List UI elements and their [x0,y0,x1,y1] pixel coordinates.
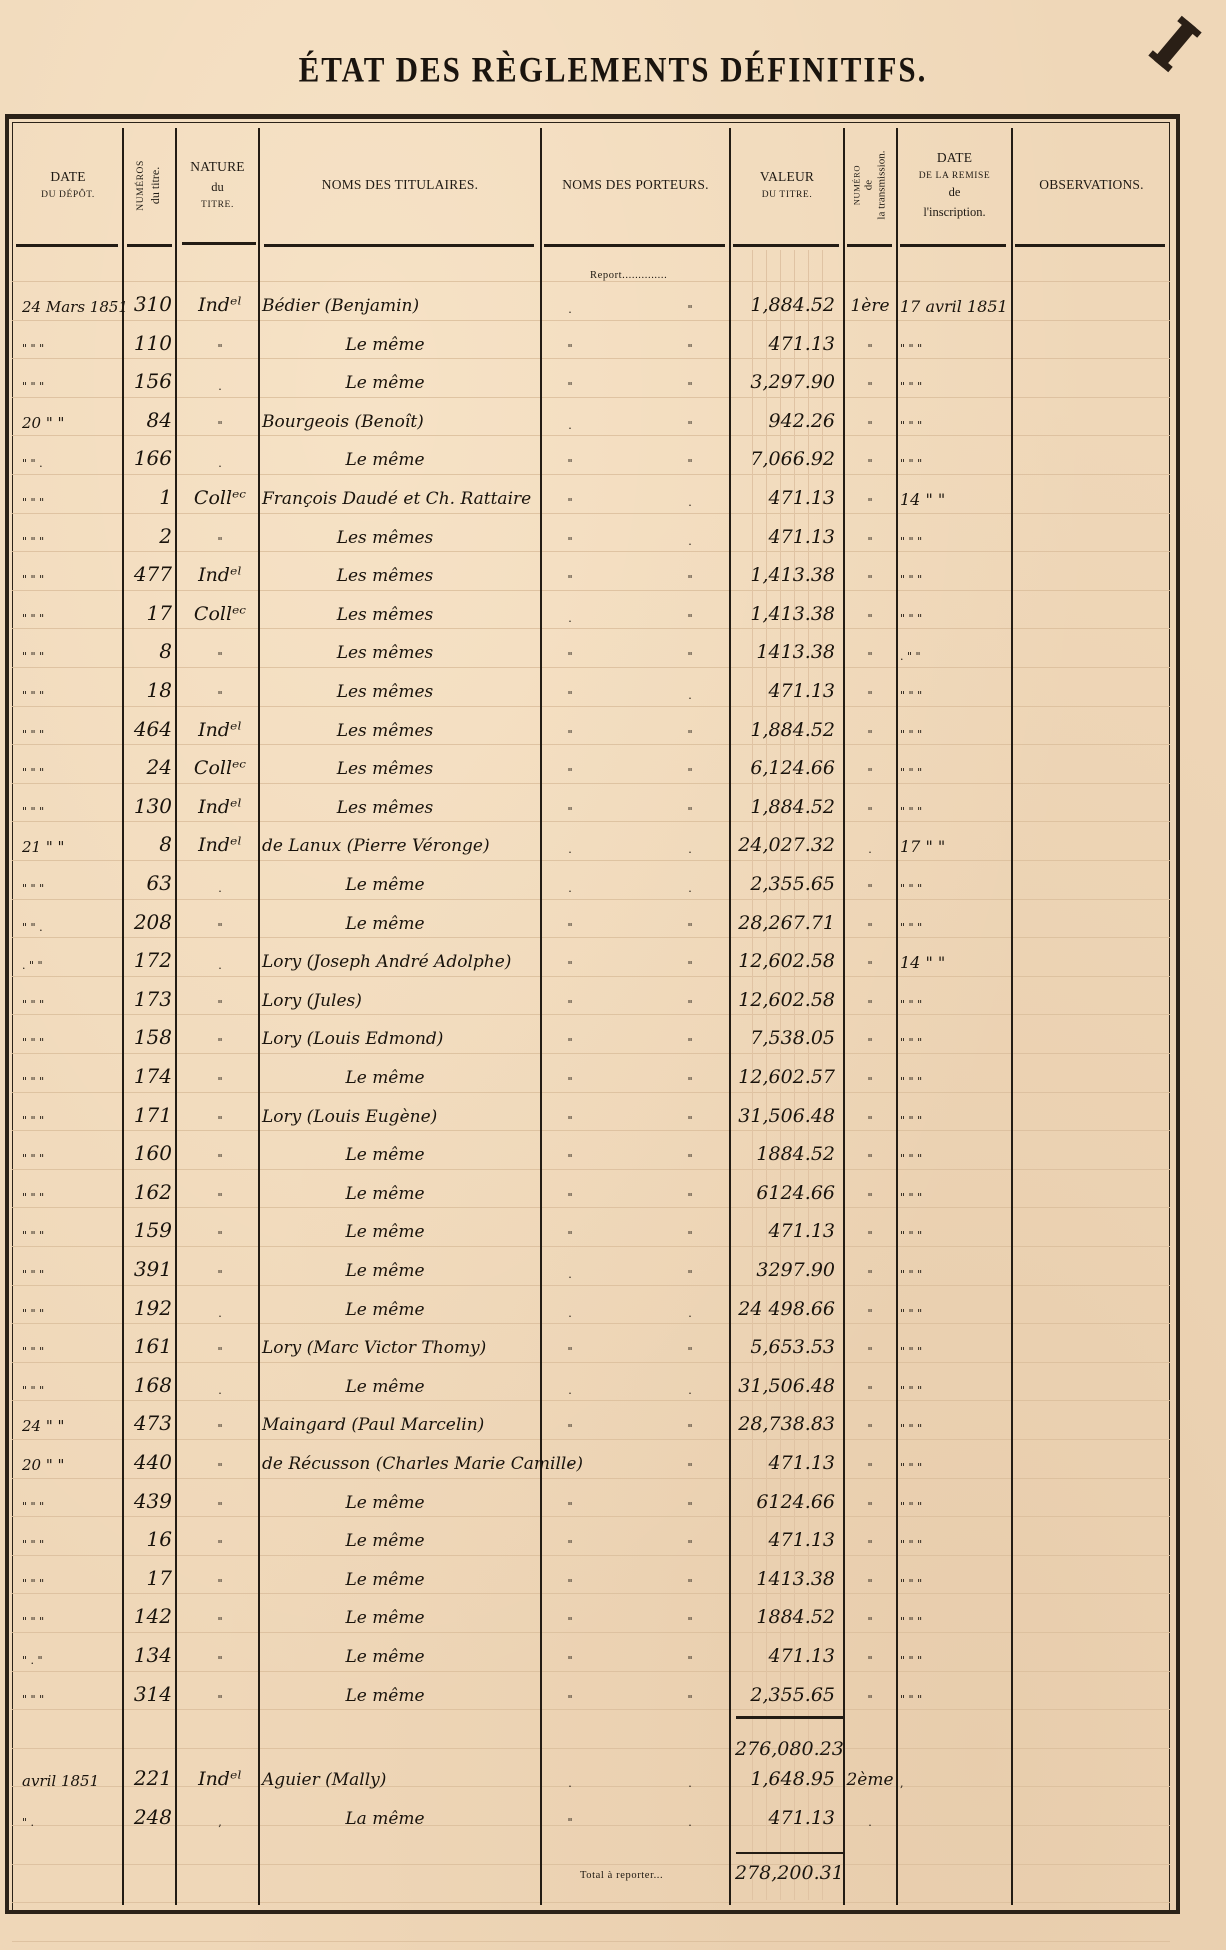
titulaire-cell: Lory (Joseph André Adolphe) [262,952,540,972]
table-row: " " "1CollᵉᶜFrançois Daudé et Ch. Rattai… [0,475,1226,513]
remise-cell: " " " [900,342,1008,355]
titulaire-cell: Le même [300,1531,470,1551]
valeur-cell: 3297.90 [735,1259,835,1281]
remise-cell: " " " [900,1345,1008,1358]
remise-cell: " " " [900,1461,1008,1474]
table-row: 20 " "84"Bourgeois (Benoît)."942.26"" " … [0,398,1226,436]
remise-cell: " " " [900,1615,1008,1628]
nature-cell: " [182,650,258,663]
transmission-cell: . [846,843,894,856]
date-cell: " " " [22,535,120,548]
remise-cell: " " " [900,573,1008,586]
nature-cell: " [182,342,258,355]
titulaire-cell: Le même [300,1300,470,1320]
transmission-cell: " [846,1384,894,1397]
remise-cell: " " " [900,1268,1008,1281]
date-cell: 20 " " [22,1456,120,1474]
date-cell: " . " [22,1654,120,1667]
titulaire-cell: Le même [300,1261,470,1281]
valeur-cell: 6124.66 [735,1491,835,1513]
date-cell: " " " [22,1229,120,1242]
porteur-cell: " [680,1500,700,1513]
porteur-cell: " [560,921,580,934]
nature-cell: Collᵉᶜ [182,757,258,779]
porteur-cell: " [560,535,580,548]
date-cell: " " " [22,1538,120,1551]
date-cell: " " " [22,573,120,586]
table-row: " " "477IndᵉˡLes mêmes""1,413.38"" " " [0,552,1226,590]
porteur-cell: " [680,380,700,393]
numero-cell: 310 [128,292,172,316]
header-text: NUMÉROS [136,160,148,211]
numero-cell: 17 [128,601,172,625]
nature-cell: . [182,1384,258,1397]
nature-cell: " [182,998,258,1011]
transmission-cell: " [846,419,894,432]
numero-cell: 161 [128,1334,172,1358]
remise-cell: " " " [900,766,1008,779]
titulaire-cell: Le même [300,1377,470,1397]
remise-cell: " " " [900,1036,1008,1049]
porteur-cell: " [680,1461,700,1474]
titulaire-cell: François Daudé et Ch. Rattaire [262,489,540,509]
nature-cell: " [182,1693,258,1706]
header-text: TITRE. [201,198,234,213]
nature-cell: . [182,1307,258,1320]
valeur-cell: 1,884.52 [735,294,835,316]
valeur-cell: 24 498.66 [735,1298,835,1320]
date-cell: 21 " " [22,838,120,856]
header-text: l'inscription. [923,203,985,222]
titulaire-cell: Les mêmes [300,682,470,702]
remise-cell: 14 " " [900,953,1008,972]
porteur-cell: " [680,1114,700,1127]
header-date-depot: DATE DU DÉPÔT. [14,128,122,242]
table-row: . " "172.Lory (Joseph André Adolphe)""12… [0,938,1226,976]
titulaire-cell: Lory (Marc Victor Thomy) [262,1338,540,1358]
porteur-cell: " [560,1500,580,1513]
nature-cell: Indᵉˡ [182,1768,258,1790]
header-text: du titre. [148,160,163,211]
numero-cell: 130 [128,794,172,818]
remise-cell: " " " [900,998,1008,1011]
transmission-cell: " [846,380,894,393]
remise-cell: 14 " " [900,490,1008,509]
porteur-cell: . [560,419,580,432]
porteur-cell: " [680,1693,700,1706]
porteur-cell: . [560,1307,580,1320]
remise-cell: " " " [900,419,1008,432]
date-cell: " " " [22,1615,120,1628]
transmission-cell: " [846,1577,894,1590]
remise-cell: " " " [900,1422,1008,1435]
valeur-cell: 2,355.65 [735,1684,835,1706]
transmission-cell: " [846,1615,894,1628]
date-cell: " " " [22,1577,120,1590]
header-text: NATURE [190,157,244,178]
porteur-cell: . [560,612,580,625]
date-cell: " " " [22,1500,120,1513]
porteur-cell: " [560,1036,580,1049]
titulaire-cell: Lory (Louis Eugène) [262,1107,540,1127]
valeur-cell: 471.13 [735,526,835,548]
transmission-cell: " [846,1693,894,1706]
header-rotated-wrap: NUMÉROS du titre. [136,160,163,211]
porteur-cell: " [680,1538,700,1551]
titulaire-cell: Le même [300,875,470,895]
header-text: NOMS DES PORTEURS. [562,175,708,196]
header-text: DU DÉPÔT. [41,188,95,203]
numero-cell: 63 [128,871,172,895]
remise-cell: " " " [900,1538,1008,1551]
table-row: " " "2"Les mêmes".471.13"" " " [0,514,1226,552]
date-cell: " " . [22,921,120,934]
header-rule [900,244,1006,247]
numero-cell: 172 [128,948,172,972]
numero-cell: 158 [128,1025,172,1049]
numero-cell: 314 [128,1682,172,1706]
date-cell: " " " [22,998,120,1011]
table-row: " " "171"Lory (Louis Eugène)""31,506.48"… [0,1093,1226,1131]
porteur-cell: " [680,998,700,1011]
nature-cell: " [182,1268,258,1281]
valeur-cell: 1,413.38 [735,564,835,586]
date-cell: " " " [22,1191,120,1204]
transmission-cell: " [846,573,894,586]
porteur-cell: . [680,1816,700,1829]
transmission-cell: " [846,612,894,625]
header-rule [264,244,534,247]
porteur-cell: " [680,728,700,741]
numero-cell: 168 [128,1373,172,1397]
table-row: " " "168.Le même..31,506.48"" " " [0,1363,1226,1401]
nature-cell: Indᵉˡ [182,796,258,818]
ruled-line [12,1902,1170,1903]
table-row: " " "8"Les mêmes""1413.38". " " [0,629,1226,667]
valeur-cell: 1,884.52 [735,796,835,818]
valeur-cell: 471.13 [735,1529,835,1551]
date-cell: " " " [22,1152,120,1165]
remise-cell: " " " [900,1654,1008,1667]
header-rule [182,242,256,245]
titulaire-cell: Les mêmes [300,643,470,663]
titulaire-cell: Les mêmes [300,798,470,818]
header-text: VALEUR [760,167,814,188]
numero-cell: 171 [128,1103,172,1127]
porteur-cell: . [680,843,700,856]
porteur-cell: . [680,1384,700,1397]
porteur-cell: " [560,1538,580,1551]
transmission-cell: " [846,342,894,355]
valeur-cell: 942.26 [735,410,835,432]
nature-cell: Indᵉˡ [182,564,258,586]
transmission-cell: " [846,1461,894,1474]
nature-cell: " [182,535,258,548]
porteur-cell: " [680,1268,700,1281]
porteur-cell: " [680,766,700,779]
numero-cell: 173 [128,987,172,1011]
numero-cell: 142 [128,1604,172,1628]
table-row: " " "160"Le même""1884.52"" " " [0,1131,1226,1169]
total-rule [736,1852,844,1854]
porteur-cell: . [560,1777,580,1790]
porteur-cell: " [560,650,580,663]
titulaire-cell: de Récusson (Charles Marie Camille) [262,1454,540,1474]
transmission-cell: " [846,805,894,818]
date-cell: " " " [22,380,120,393]
porteur-cell: . [560,882,580,895]
nature-cell: " [182,1461,258,1474]
valeur-cell: 471.13 [735,487,835,509]
nature-cell: . [182,380,258,393]
header-rule [127,244,172,247]
remise-cell: " " " [900,1307,1008,1320]
porteur-cell: " [680,342,700,355]
remise-cell: , [900,1777,1008,1790]
porteur-cell: " [680,1422,700,1435]
titulaire-cell: Le même [300,450,470,470]
titulaire-cell: Le même [300,1686,470,1706]
transmission-cell: " [846,650,894,663]
date-cell: " " " [22,496,120,509]
table-row: avril 1851221IndᵉˡAguier (Mally)..1,648.… [0,1756,1226,1794]
table-row: " " "17"Le même""1413.38"" " " [0,1556,1226,1594]
valeur-cell: 2,355.65 [735,873,835,895]
valeur-cell: 6124.66 [735,1182,835,1204]
porteur-cell: " [560,1345,580,1358]
porteur-cell: " [560,1152,580,1165]
transmission-cell: " [846,535,894,548]
valeur-cell: 471.13 [735,1452,835,1474]
nature-cell: Collᵉᶜ [182,603,258,625]
titulaire-cell: Les mêmes [300,721,470,741]
transmission-cell: 1ère [846,296,894,316]
table-row: " " "464IndᵉˡLes mêmes""1,884.52"" " " [0,707,1226,745]
table-row: " " "439"Le même""6124.66"" " " [0,1479,1226,1517]
transmission-cell: " [846,998,894,1011]
nature-cell: Collᵉᶜ [182,487,258,509]
header-nature: NATURE du TITRE. [177,128,258,242]
titulaire-cell: Lory (Louis Edmond) [262,1029,540,1049]
transmission-cell: " [846,1075,894,1088]
nature-cell: " [182,1654,258,1667]
date-cell: " " " [22,1345,120,1358]
nature-cell: " [182,1075,258,1088]
remise-cell: " " " [900,1229,1008,1242]
header-text: de [949,183,961,202]
titulaire-cell: Le même [300,1068,470,1088]
nature-cell: " [182,921,258,934]
date-cell: " " " [22,1114,120,1127]
porteur-cell: " [680,650,700,663]
transmission-cell: " [846,921,894,934]
porteur-cell: " [560,573,580,586]
numero-cell: 8 [128,639,172,663]
numero-cell: 8 [128,832,172,856]
porteur-cell: . [680,1307,700,1320]
porteur-cell: " [680,1152,700,1165]
valeur-cell: 7,538.05 [735,1027,835,1049]
porteur-cell: . [680,689,700,702]
numero-cell: 464 [128,717,172,741]
header-text: de [862,150,876,219]
porteur-cell: " [560,1693,580,1706]
table-row: " " "314"Le même""2,355.65"" " " [0,1672,1226,1710]
porteur-cell: " [680,1615,700,1628]
date-cell: " " " [22,805,120,818]
date-cell: 24 Mars 1851 [22,298,120,316]
porteur-cell: " [680,959,700,972]
valeur-cell: 31,506.48 [735,1375,835,1397]
transmission-cell: " [846,1500,894,1513]
numero-cell: 16 [128,1527,172,1551]
porteur-cell: " [560,1654,580,1667]
valeur-cell: 1413.38 [735,1568,835,1590]
ruled-line [12,1748,1170,1749]
porteur-cell: " [560,1577,580,1590]
header-text: la transmission. [876,150,890,219]
transmission-cell: " [846,959,894,972]
porteur-cell: . [560,1268,580,1281]
porteur-cell: . [680,496,700,509]
titulaire-cell: Bédier (Benjamin) [262,296,540,316]
porteur-cell: " [680,1075,700,1088]
porteur-cell: " [560,342,580,355]
header-text: NOMS DES TITULAIRES. [322,175,478,196]
numero-cell: 17 [128,1566,172,1590]
header-porteurs: NOMS DES PORTEURS. [542,128,729,242]
titulaire-cell: Le même [300,1493,470,1513]
porteur-cell: " [560,959,580,972]
transmission-cell: " [846,1654,894,1667]
date-cell: " " " [22,1384,120,1397]
porteur-cell: " [680,1036,700,1049]
table-row: " " "391"Le même."3297.90"" " " [0,1247,1226,1285]
table-row: " " "142"Le même""1884.52"" " " [0,1594,1226,1632]
porteur-cell: " [680,573,700,586]
transmission-cell: " [846,1268,894,1281]
numero-cell: 208 [128,910,172,934]
titulaire-cell: Aguier (Mally) [262,1770,540,1790]
transmission-cell: " [846,1229,894,1242]
porteur-cell: " [680,612,700,625]
date-cell: " " " [22,882,120,895]
transmission-cell: " [846,1422,894,1435]
transmission-cell: " [846,457,894,470]
numero-cell: 391 [128,1257,172,1281]
transmission-cell: " [846,728,894,741]
remise-cell: . " " [900,650,1008,663]
valeur-cell: 1884.52 [735,1606,835,1628]
header-text: DE LA REMISE [919,169,991,184]
table-row: " " "162"Le même""6124.66"" " " [0,1170,1226,1208]
titulaire-cell: Le même [300,1608,470,1628]
numero-cell: 477 [128,562,172,586]
transmission-cell: " [846,1036,894,1049]
numero-cell: 156 [128,369,172,393]
numero-cell: 439 [128,1489,172,1513]
date-cell: " " . [22,457,120,470]
date-cell: " " " [22,1268,120,1281]
porteur-cell: . [680,882,700,895]
nature-cell: Indᵉˡ [182,294,258,316]
porteur-cell: . [560,303,580,316]
porteur-cell: " [680,303,700,316]
nature-cell: Indᵉˡ [182,719,258,741]
table-row: " " "158"Lory (Louis Edmond)""7,538.05""… [0,1015,1226,1053]
table-row: " " "63.Le même..2,355.65"" " " [0,861,1226,899]
header-date-remise: DATE DE LA REMISE de l'inscription. [898,128,1011,242]
porteur-cell: " [560,496,580,509]
remise-cell: " " " [900,1075,1008,1088]
transmission-cell: " [846,766,894,779]
nature-cell: " [182,1615,258,1628]
valeur-cell: 28,738.83 [735,1413,835,1435]
table-row: " " "156.Le même""3,297.90"" " " [0,359,1226,397]
porteur-cell: " [560,1615,580,1628]
porteur-cell: " [560,805,580,818]
remise-cell: " " " [900,1577,1008,1590]
numero-cell: 134 [128,1643,172,1667]
titulaire-cell: Les mêmes [300,566,470,586]
date-cell: " " " [22,1693,120,1706]
header-rule [544,244,725,247]
header-transmission: NUMÉRO de la transmission. [845,128,896,242]
total-value: 278,200.31 [735,1862,835,1884]
valeur-cell: 6,124.66 [735,757,835,779]
header-valeur: VALEUR DU TITRE. [731,128,843,242]
valeur-cell: 7,066.92 [735,448,835,470]
date-cell: . " " [22,959,120,972]
valeur-cell: 471.13 [735,333,835,355]
nature-cell: , [182,1816,258,1829]
porteur-cell: " [560,380,580,393]
porteur-cell: . [560,843,580,856]
numero-cell: 174 [128,1064,172,1088]
titulaire-cell: La même [300,1809,470,1829]
table-row: 24 Mars 1851310IndᵉˡBédier (Benjamin)."1… [0,282,1226,320]
ruled-line [12,1941,1170,1942]
numero-cell: 18 [128,678,172,702]
header-numeros: NUMÉROS du titre. [124,128,175,242]
titulaire-cell: Maingard (Paul Marcelin) [262,1415,540,1435]
valeur-cell: 5,653.53 [735,1336,835,1358]
remise-cell: " " " [900,1191,1008,1204]
nature-cell: . [182,959,258,972]
titulaire-cell: Le même [300,914,470,934]
valeur-cell: 1,413.38 [735,603,835,625]
header-rotated-wrap: NUMÉRO de la transmission. [851,150,889,219]
numero-cell: 162 [128,1180,172,1204]
numero-cell: 2 [128,524,172,548]
table-row: 24 " "473"Maingard (Paul Marcelin)""28,7… [0,1401,1226,1439]
header-observations: OBSERVATIONS. [1013,128,1170,242]
table-row: " " "161"Lory (Marc Victor Thomy)""5,653… [0,1324,1226,1362]
numero-cell: 84 [128,408,172,432]
nature-cell: " [182,1036,258,1049]
porteur-cell: " [560,457,580,470]
date-cell: 20 " " [22,414,120,432]
porteur-cell: " [680,1191,700,1204]
table-row: " " "110"Le même""471.13"" " " [0,321,1226,359]
remise-cell: 17 " " [900,837,1008,856]
porteur-cell: " [680,1345,700,1358]
numero-cell: 248 [128,1805,172,1829]
table-row: " " "192.Le même..24 498.66"" " " [0,1286,1226,1324]
nature-cell: Indᵉˡ [182,834,258,856]
header-text: du [211,178,224,197]
valeur-cell: 471.13 [735,1807,835,1829]
